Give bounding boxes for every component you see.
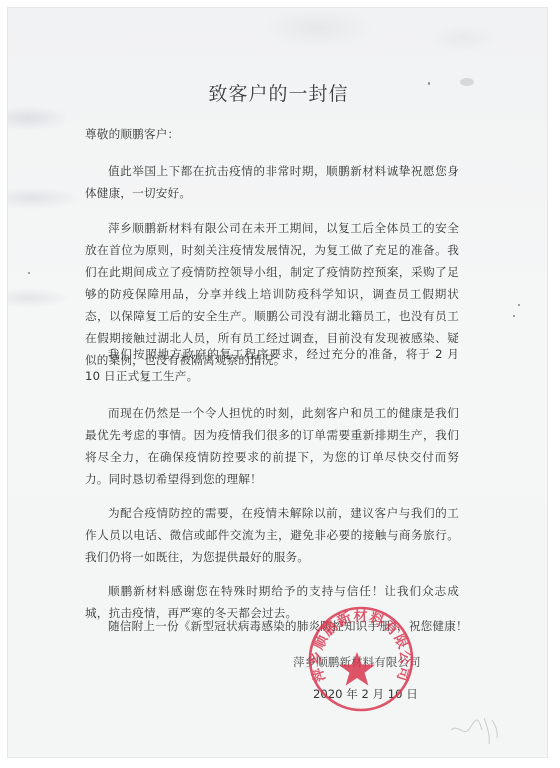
paragraph-resumption-date: 我们按照地方政府的复工程序要求，经过充分的准备，将于 2 月 10 日正式复工生… — [85, 343, 459, 387]
scanned-letter-page: 致客户的一封信 尊敬的顺鹏客户： 值此举国上下都在抗击疫情的非常时期，顺鹏新材料… — [7, 7, 548, 758]
scan-speck — [460, 78, 474, 86]
scan-speck — [143, 380, 149, 382]
company-seal-stamp-icon: 萍乡顺鹏新材料有限公司 — [306, 604, 416, 714]
scan-speck — [250, 363, 252, 365]
scan-speck — [28, 272, 30, 274]
paragraph-customer-health: 而现在仍然是一个令人担忧的时刻，此刻客户和员工的健康是我们最优先考虑的事情。因为… — [85, 402, 459, 490]
scan-speck — [518, 304, 520, 306]
paragraph-wishes: 值此举国上下都在抗击疫情的非常时期，顺鹏新材料诚挚祝愿您身体健康，一切安好。 — [85, 160, 459, 204]
scan-speck — [513, 315, 515, 317]
handwritten-mark-icon — [446, 708, 506, 748]
letter-closing: 随信附上一份《新型冠状病毒感染的肺炎防控知识手册》，祝您健康！ — [85, 615, 505, 637]
scan-speck — [428, 82, 430, 85]
paragraph-communication: 为配合疫情防控的需要，在疫情未解除以前，建议客户与我们的工作人员以电话、微信或邮… — [85, 502, 459, 568]
letter-greeting: 尊敬的顺鹏客户： — [85, 123, 459, 145]
